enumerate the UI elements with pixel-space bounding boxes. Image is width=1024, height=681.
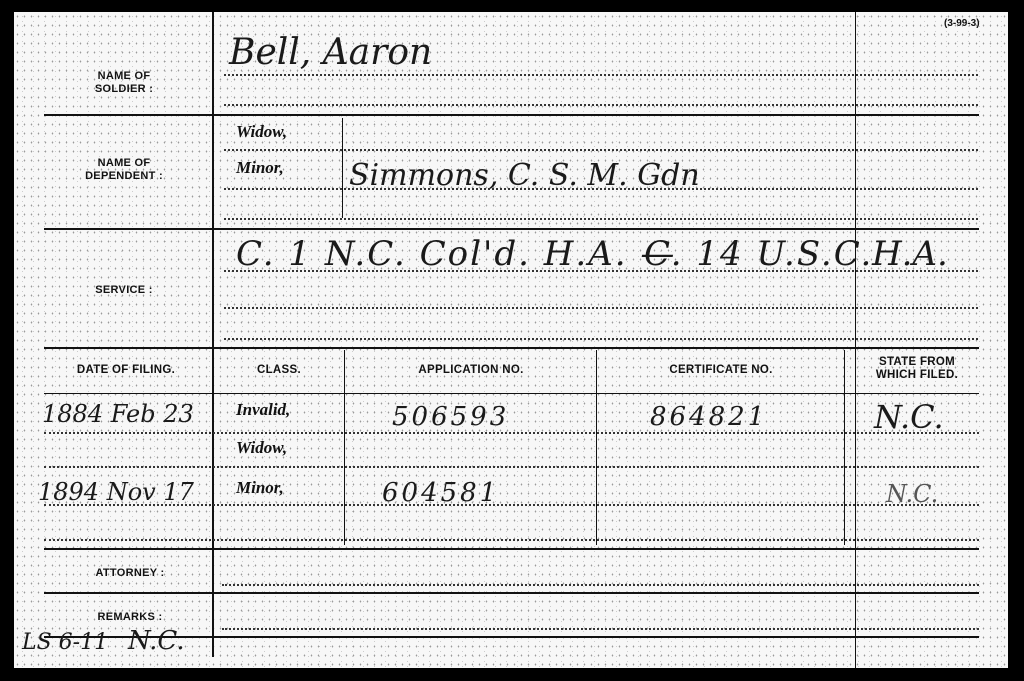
footer-note: LS 6-11	[22, 630, 108, 655]
name-of-dependent-label: NAME OF DEPENDENT :	[54, 157, 194, 183]
remarks-line	[222, 628, 979, 630]
service-entry-part2: C. 14 U.S.C.	[644, 234, 873, 274]
application-no-header: APPLICATION NO.	[348, 364, 594, 377]
left-column-divider	[212, 12, 214, 657]
right-column-divider	[855, 12, 856, 668]
remarks-label: REMARKS :	[54, 611, 206, 624]
widow-label: Widow,	[236, 122, 287, 142]
name-of-soldier-label: NAME OF SOLDIER :	[54, 70, 194, 96]
service-entry-part3: H.A.	[872, 234, 948, 274]
application-divider	[596, 350, 597, 545]
dependent-line-1	[224, 149, 978, 151]
application-no-1: 506593	[392, 402, 509, 432]
certificate-divider	[844, 350, 845, 545]
row-line-2	[44, 466, 979, 468]
date-of-filing-header: DATE OF FILING.	[50, 364, 202, 377]
attorney-label: ATTORNEY :	[54, 567, 206, 580]
class-divider	[344, 350, 345, 545]
section-divider	[44, 228, 979, 230]
section-divider	[44, 592, 979, 594]
service-label: SERVICE :	[54, 284, 194, 297]
soldier-name-line-2	[224, 104, 978, 106]
row-line-1	[44, 432, 979, 434]
soldier-name-entry: Bell, Aaron	[229, 32, 432, 73]
row-line-4	[44, 539, 979, 541]
state-from-which-filed-header: STATE FROM WHICH FILED.	[857, 356, 977, 382]
service-line-1	[224, 270, 978, 272]
header-rule	[44, 393, 979, 394]
section-divider	[44, 548, 979, 550]
class-invalid-label: Invalid,	[236, 400, 290, 420]
filing-date-2: 1894 Nov 17	[38, 478, 194, 506]
attorney-line	[222, 584, 979, 586]
class-minor-label: Minor,	[236, 478, 284, 498]
state-filed-1: N.C.	[874, 398, 944, 436]
class-widow-label: Widow,	[236, 438, 287, 458]
service-entry-part1: C. 1 N.C. Col'd. H.A. —	[236, 234, 676, 274]
filing-date-1: 1884 Feb 23	[42, 400, 194, 428]
footer-state: N.C.	[128, 626, 185, 656]
row-line-3	[44, 504, 979, 506]
certificate-no-1: 864821	[650, 402, 767, 432]
dependent-divider	[342, 118, 343, 218]
soldier-name-line	[224, 74, 978, 76]
form-code: (3-99-3)	[944, 18, 980, 29]
minor-label: Minor,	[236, 158, 284, 178]
service-line-3	[224, 338, 978, 340]
section-divider	[44, 114, 979, 116]
section-divider	[44, 347, 979, 349]
class-header: CLASS.	[218, 364, 340, 377]
dependent-line-3	[224, 218, 978, 220]
service-line-2	[224, 307, 978, 309]
dependent-line-2	[224, 188, 978, 190]
pension-index-card: (3-99-3) NAME OF SOLDIER : Bell, Aaron N…	[14, 12, 1008, 668]
certificate-no-header: CERTIFICATE NO.	[600, 364, 842, 377]
